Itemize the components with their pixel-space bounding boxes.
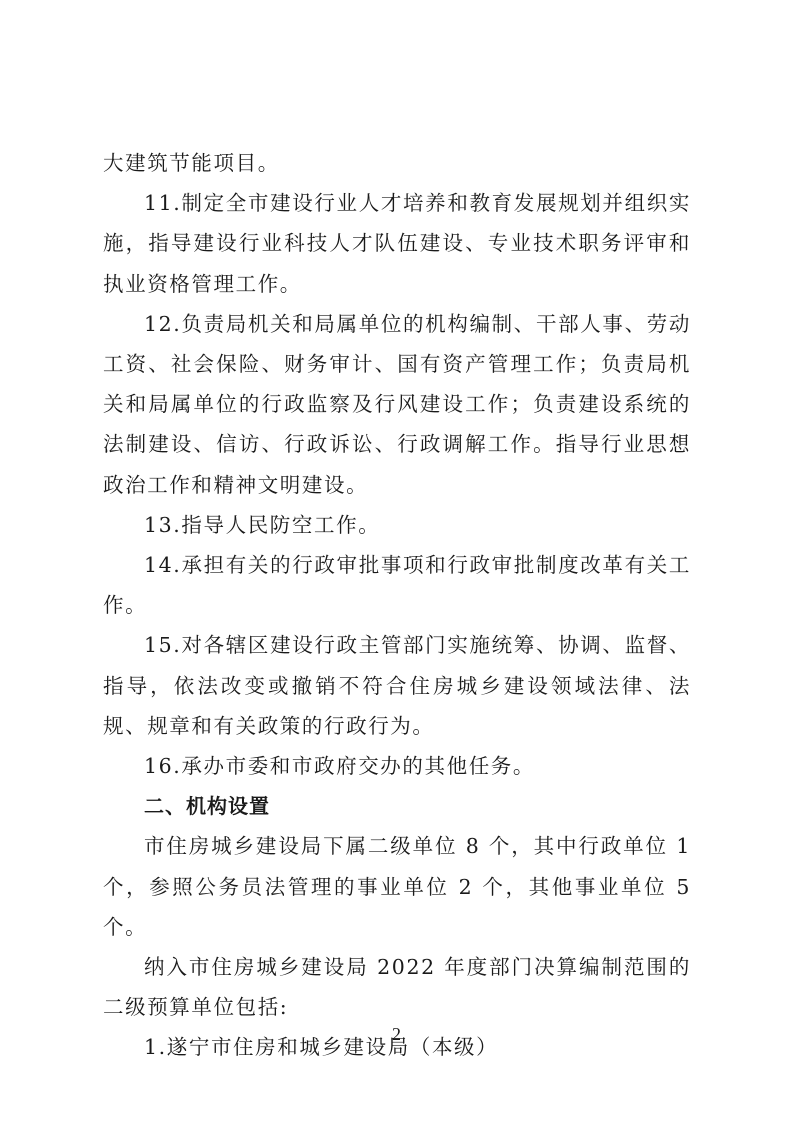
document-page: 大建筑节能项目。 11.制定全市建设行业人才培养和教育发展规划并组织实施，指导建… [103, 143, 691, 1068]
paragraph-item-16: 16.承办市委和市政府交办的其他任务。 [103, 746, 691, 786]
page-number: 2 [0, 1024, 793, 1045]
paragraph-item-11: 11.制定全市建设行业人才培养和教育发展规划并组织实施，指导建设行业科技人才队伍… [103, 183, 691, 304]
paragraph-budget-scope: 纳入市住房城乡建设局 2022 年度部门决算编制范围的二级预算单位包括: [103, 947, 691, 1027]
paragraph-item-12: 12.负责局机关和局属单位的机构编制、干部人事、劳动工资、社会保险、财务审计、国… [103, 304, 691, 505]
paragraph-item-13: 13.指导人民防空工作。 [103, 505, 691, 545]
paragraph-item-14: 14.承担有关的行政审批事项和行政审批制度改革有关工作。 [103, 545, 691, 625]
section-heading: 二、机构设置 [103, 786, 691, 826]
paragraph-continuation: 大建筑节能项目。 [103, 143, 691, 183]
paragraph-unit-summary: 市住房城乡建设局下属二级单位 8 个，其中行政单位 1 个，参照公务员法管理的事… [103, 826, 691, 947]
paragraph-item-15: 15.对各辖区建设行政主管部门实施统筹、协调、监督、指导，依法改变或撤销不符合住… [103, 625, 691, 746]
